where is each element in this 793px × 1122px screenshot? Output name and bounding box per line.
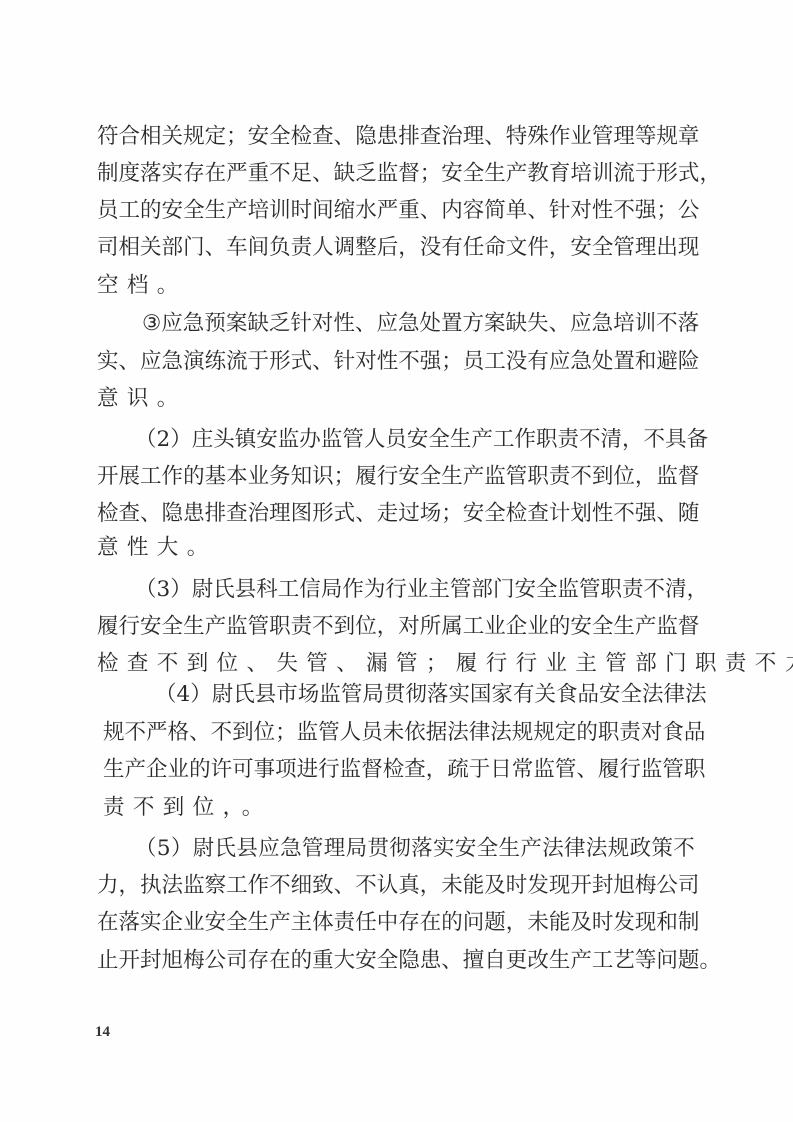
text-line: （2）庄头镇安监办监管人员安全生产工作职责不清，不具备 <box>97 425 695 455</box>
text-line: 检查、隐患排查治理图形式、走过场；安全检查计划性不强、随 <box>97 499 695 529</box>
text-line: 制度落实存在严重不足、缺乏监督；安全生产教育培训流于形式， <box>97 159 695 189</box>
text-line: 止开封旭梅公司存在的重大安全隐患、擅自更改生产工艺等问题。 <box>97 946 695 976</box>
text-line: （4）尉氏县市场监管局贯彻落实国家有关食品安全法律法 <box>97 680 695 710</box>
text-line: 检查不到位、失管、漏管；履行行业主管部门职责不力。 <box>97 649 793 679</box>
text-line: 意性大。 <box>97 533 217 563</box>
text-line: ③应急预案缺乏针对性、应急处置方案缺失、应急培训不落 <box>97 309 695 339</box>
text-line: 生产企业的许可事项进行监督检查，疏于日常监管、履行监管职 <box>103 755 696 785</box>
text-line: （3）尉氏县科工信局作为行业主管部门安全监管职责不清， <box>97 575 695 605</box>
text-line: 空档。 <box>97 271 187 301</box>
text-line: 实、应急演练流于形式、针对性不强；员工没有应急处置和避险 <box>97 347 695 377</box>
text-line: 开展工作的基本业务知识；履行安全生产监管职责不到位，监督 <box>97 462 695 492</box>
text-line: 意识。 <box>97 384 187 414</box>
text-line: 规不严格、不到位；监管人员未依据法律法规规定的职责对食品 <box>103 718 696 748</box>
text-line: 履行安全生产监管职责不到位，对所属工业企业的安全生产监督 <box>97 612 695 642</box>
document-page: 符合相关规定；安全检查、隐患排查治理、特殊作业管理等规章 制度落实存在严重不足、… <box>0 0 793 1122</box>
text-line: 在落实企业安全生产主体责任中存在的问题，未能及时发现和制 <box>97 908 695 938</box>
text-line: 司相关部门、车间负责人调整后，没有任命文件，安全管理出现 <box>97 233 695 263</box>
text-line: 责不到位，。 <box>103 793 272 823</box>
text-line: （5）尉氏县应急管理局贯彻落实安全生产法律法规政策不 <box>97 834 695 864</box>
text-line: 力，执法监察工作不细致、不认真，未能及时发现开封旭梅公司 <box>97 871 695 901</box>
page-number: 14 <box>95 1024 110 1041</box>
text-line: 符合相关规定；安全检查、隐患排查治理、特殊作业管理等规章 <box>97 122 695 152</box>
text-line: 员工的安全生产培训时间缩水严重、内容简单、针对性不强；公 <box>97 196 695 226</box>
